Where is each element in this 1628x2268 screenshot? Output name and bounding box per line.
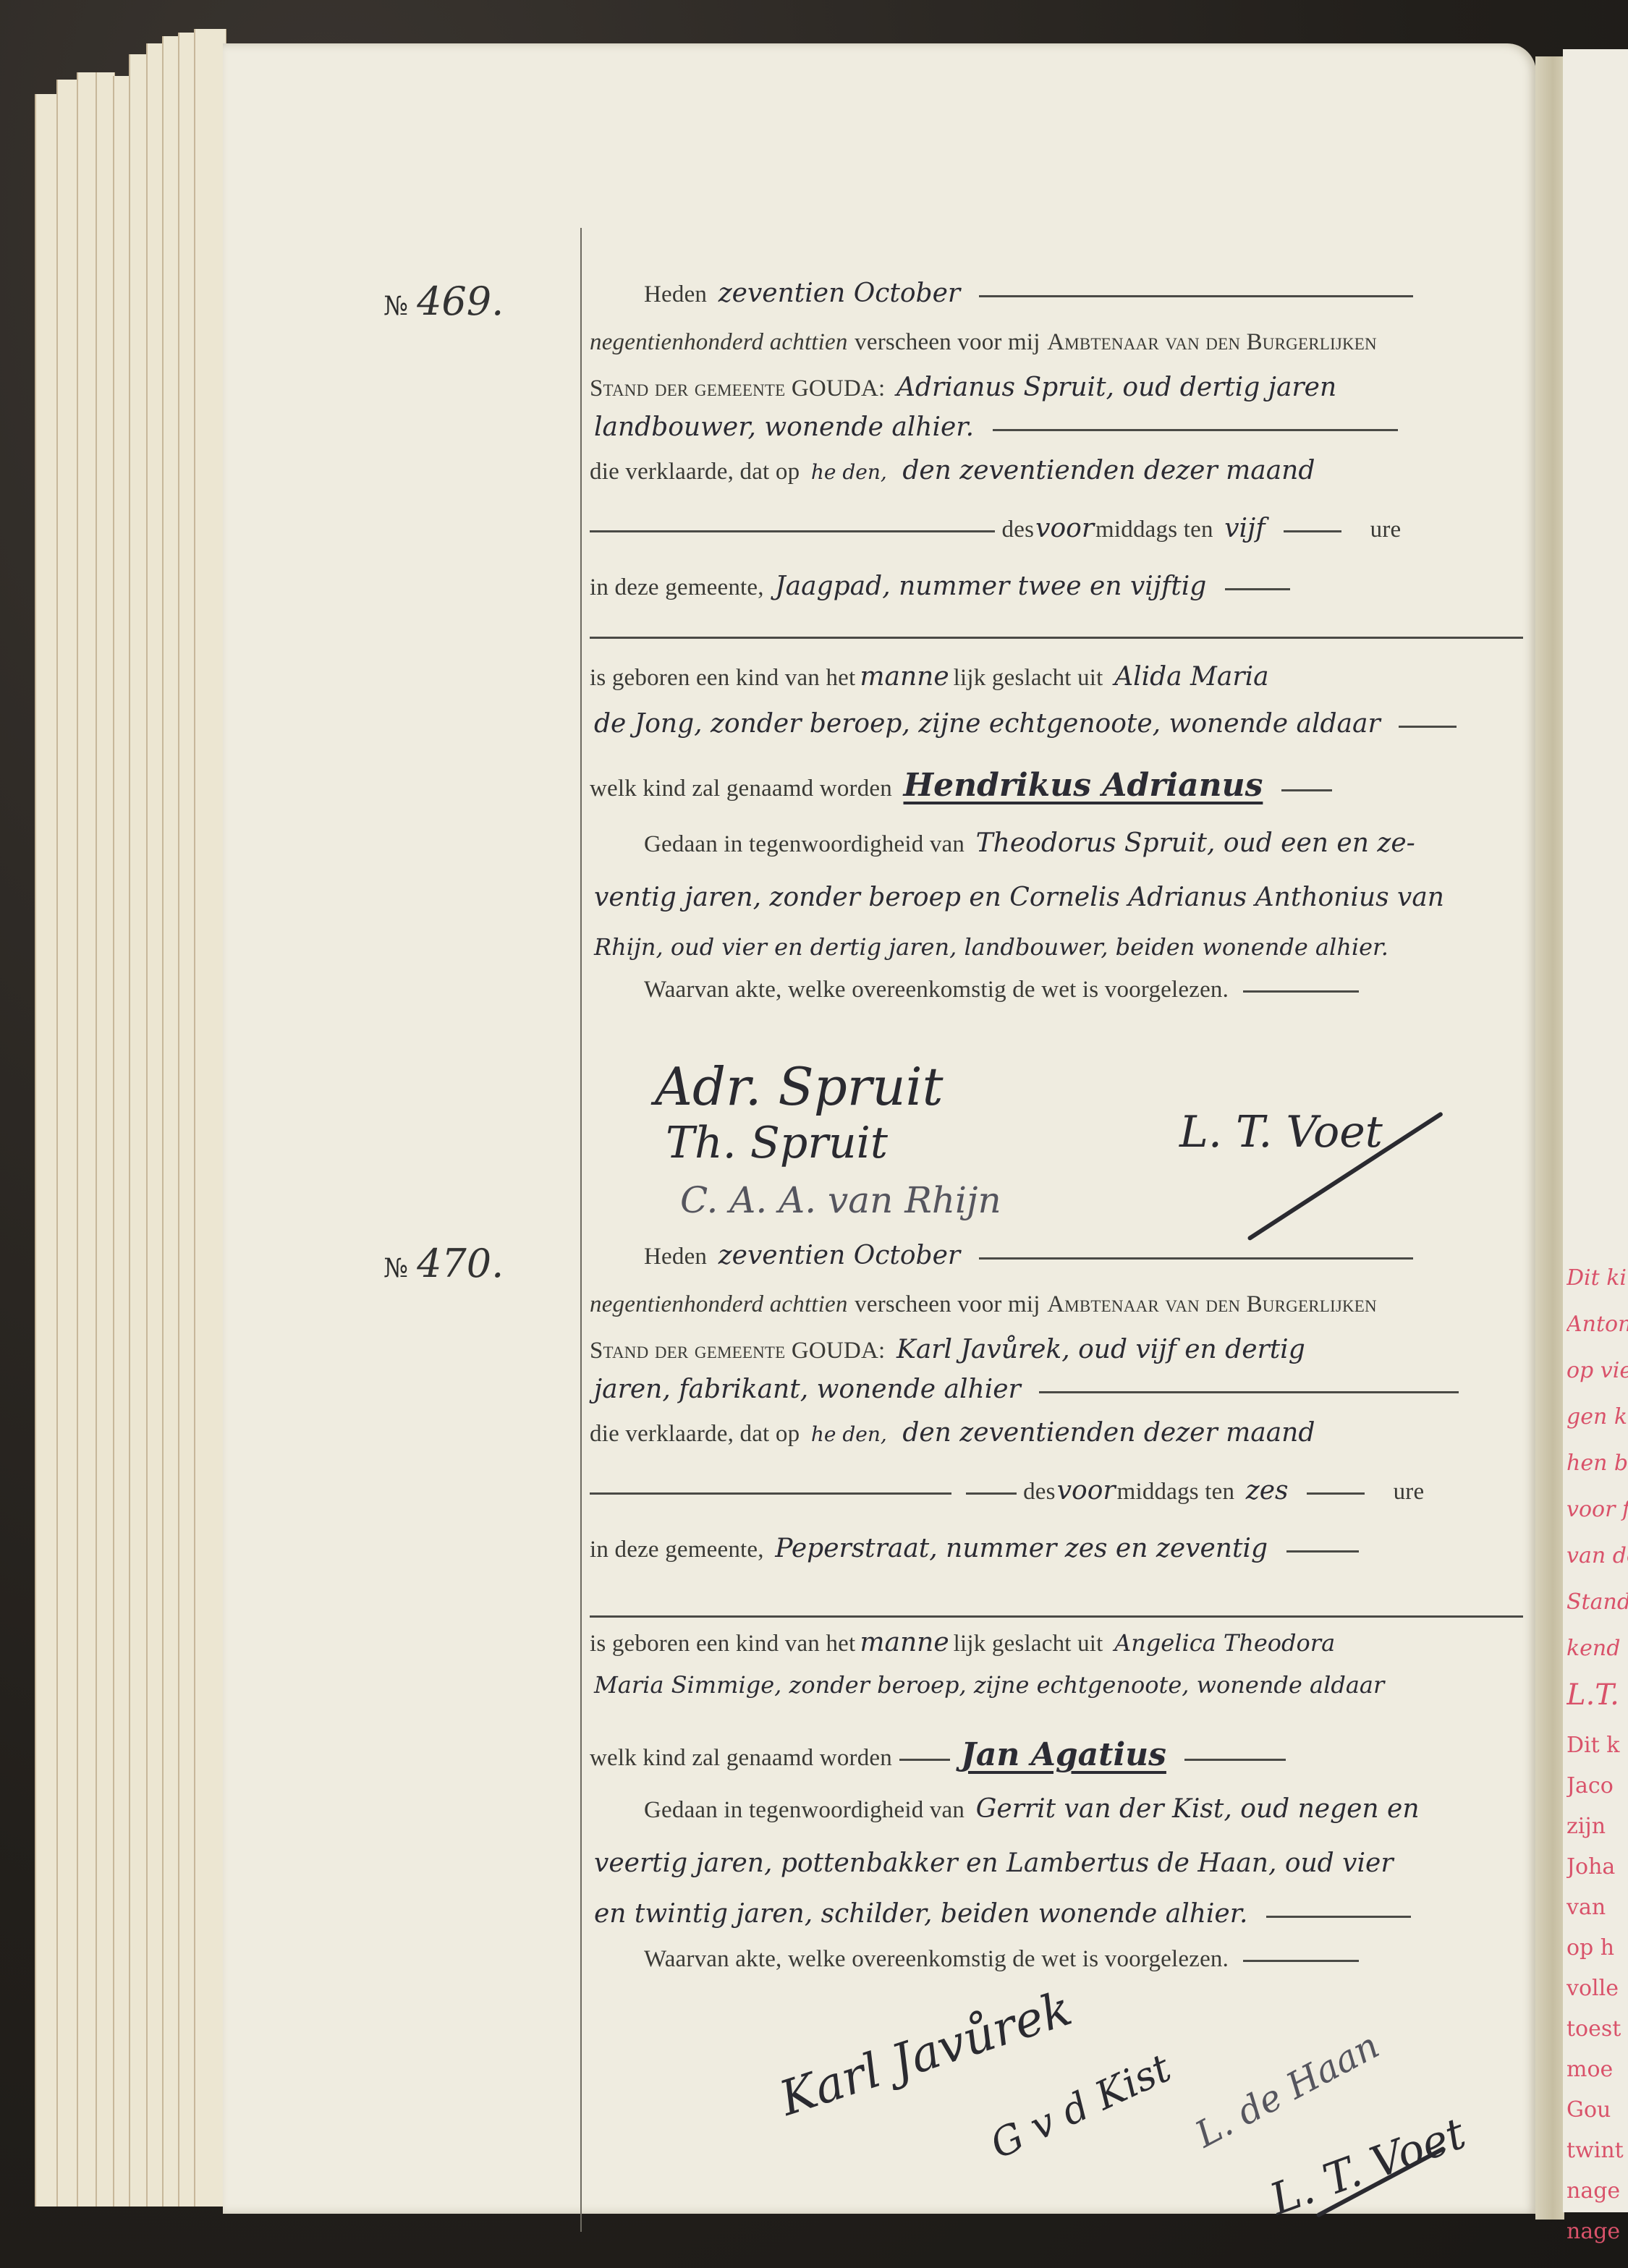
witness-line-2: ventig jaren, zonder beroep en Cornelis …: [590, 883, 1523, 912]
declarant-cont-line: landbouwer, wonende alhier.: [590, 412, 1523, 442]
heden-line: Heden zeventien October: [590, 279, 1577, 308]
signature-witness-2: C. A. A. van Rhijn: [680, 1179, 1001, 1221]
mother: Alida Maria: [1114, 662, 1269, 692]
child-name: Hendrikus Adrianus: [904, 767, 1263, 804]
heden-line: Heden zeventien October: [590, 1241, 1577, 1270]
red-margin-annotation-bottom: Dit k Jaco zijn Joha van op h volle toes…: [1566, 1725, 1628, 2252]
address-line: in deze gemeente, Jaagpad, nummer twee e…: [590, 572, 1523, 601]
time-line: desvoormiddags ten zes ure: [590, 1476, 1523, 1505]
hour: zes: [1246, 1476, 1289, 1505]
address-line: in deze gemeente, Peperstraat, nummer ze…: [590, 1534, 1523, 1563]
child-name-line: welk kind zal genaamd worden Hendrikus A…: [590, 767, 1523, 804]
signature-witness-1: Th. Spruit: [666, 1118, 888, 1168]
declarant: Adrianus Spruit, oud dertig jaren: [896, 373, 1336, 402]
gender-line: is geboren een kind van hetmannelijk ges…: [590, 662, 1523, 692]
mother: Angelica Theodora: [1114, 1629, 1335, 1657]
entry-number-value: 469.: [417, 279, 504, 324]
waarvan-line: Waarvan akte, welke overeenkomstig de we…: [590, 1946, 1577, 1973]
address: Peperstraat, nummer zes en zeventig: [775, 1534, 1268, 1563]
stand-line: Stand der gemeente GOUDA: Karl Javůrek, …: [590, 1335, 1523, 1364]
mother-cont-line: de Jong, zonder beroep, zijne echtgenoot…: [590, 709, 1523, 739]
witness-line-2: veertig jaren, pottenbakker en Lambertus…: [590, 1848, 1523, 1878]
witness-line-1: Gedaan in tegenwoordigheid van Theodorus…: [590, 828, 1577, 858]
time-line: desvoormiddags ten vijf ure: [590, 514, 1523, 543]
witness-line-3: en twintig jaren, schilder, beiden wonen…: [590, 1899, 1523, 1929]
red-margin-annotation-top: Dit kin Anton op vier gen kin hen be voo…: [1566, 1255, 1628, 1718]
hour: vijf: [1224, 514, 1265, 543]
address: Jaagpad, nummer twee en vijftig: [775, 572, 1206, 601]
book-gutter: [1535, 56, 1564, 2220]
signature-official: L. T. Voet: [1179, 1107, 1383, 1158]
date-handwritten: zeventien October: [718, 279, 960, 308]
declarant-cont-line: jaren, fabrikant, wonende alhier: [590, 1375, 1523, 1404]
entry-number: №469.: [383, 279, 504, 324]
verklaarde-line: die verklaarde, dat op he den, den zeven…: [590, 1418, 1523, 1448]
mother-cont-line: Maria Simmige, zonder beroep, zijne echt…: [590, 1671, 1523, 1699]
date-handwritten: zeventien October: [718, 1241, 960, 1270]
gender-line: is geboren een kind van hetmannelijk ges…: [590, 1628, 1523, 1657]
entry-number: №470.: [383, 1241, 504, 1286]
page-edges-stack: [35, 43, 224, 2207]
child-name-line: welk kind zal genaamd worden Jan Agatius: [590, 1736, 1523, 1773]
child-name: Jan Agatius: [961, 1736, 1166, 1773]
signature-declarant: Adr. Spruit: [655, 1056, 944, 1117]
waarvan-line: Waarvan akte, welke overeenkomstig de we…: [590, 977, 1577, 1003]
stand-line: Stand der gemeente GOUDA: Adrianus Sprui…: [590, 373, 1523, 402]
year-line: negentienhonderd achttien verscheen voor…: [590, 1291, 1523, 1318]
witness-line-1: Gedaan in tegenwoordigheid van Gerrit va…: [590, 1794, 1577, 1824]
year-line: negentienhonderd achttien verscheen voor…: [590, 329, 1523, 356]
witness-line-3: Rhijn, oud vier en dertig jaren, landbou…: [590, 933, 1523, 961]
entry-number-value: 470.: [417, 1241, 504, 1286]
verklaarde-line: die verklaarde, dat op he den, den zeven…: [590, 456, 1523, 485]
declarant: Karl Javůrek, oud vijf en dertig: [896, 1335, 1305, 1364]
margin-rule: [580, 228, 582, 2232]
